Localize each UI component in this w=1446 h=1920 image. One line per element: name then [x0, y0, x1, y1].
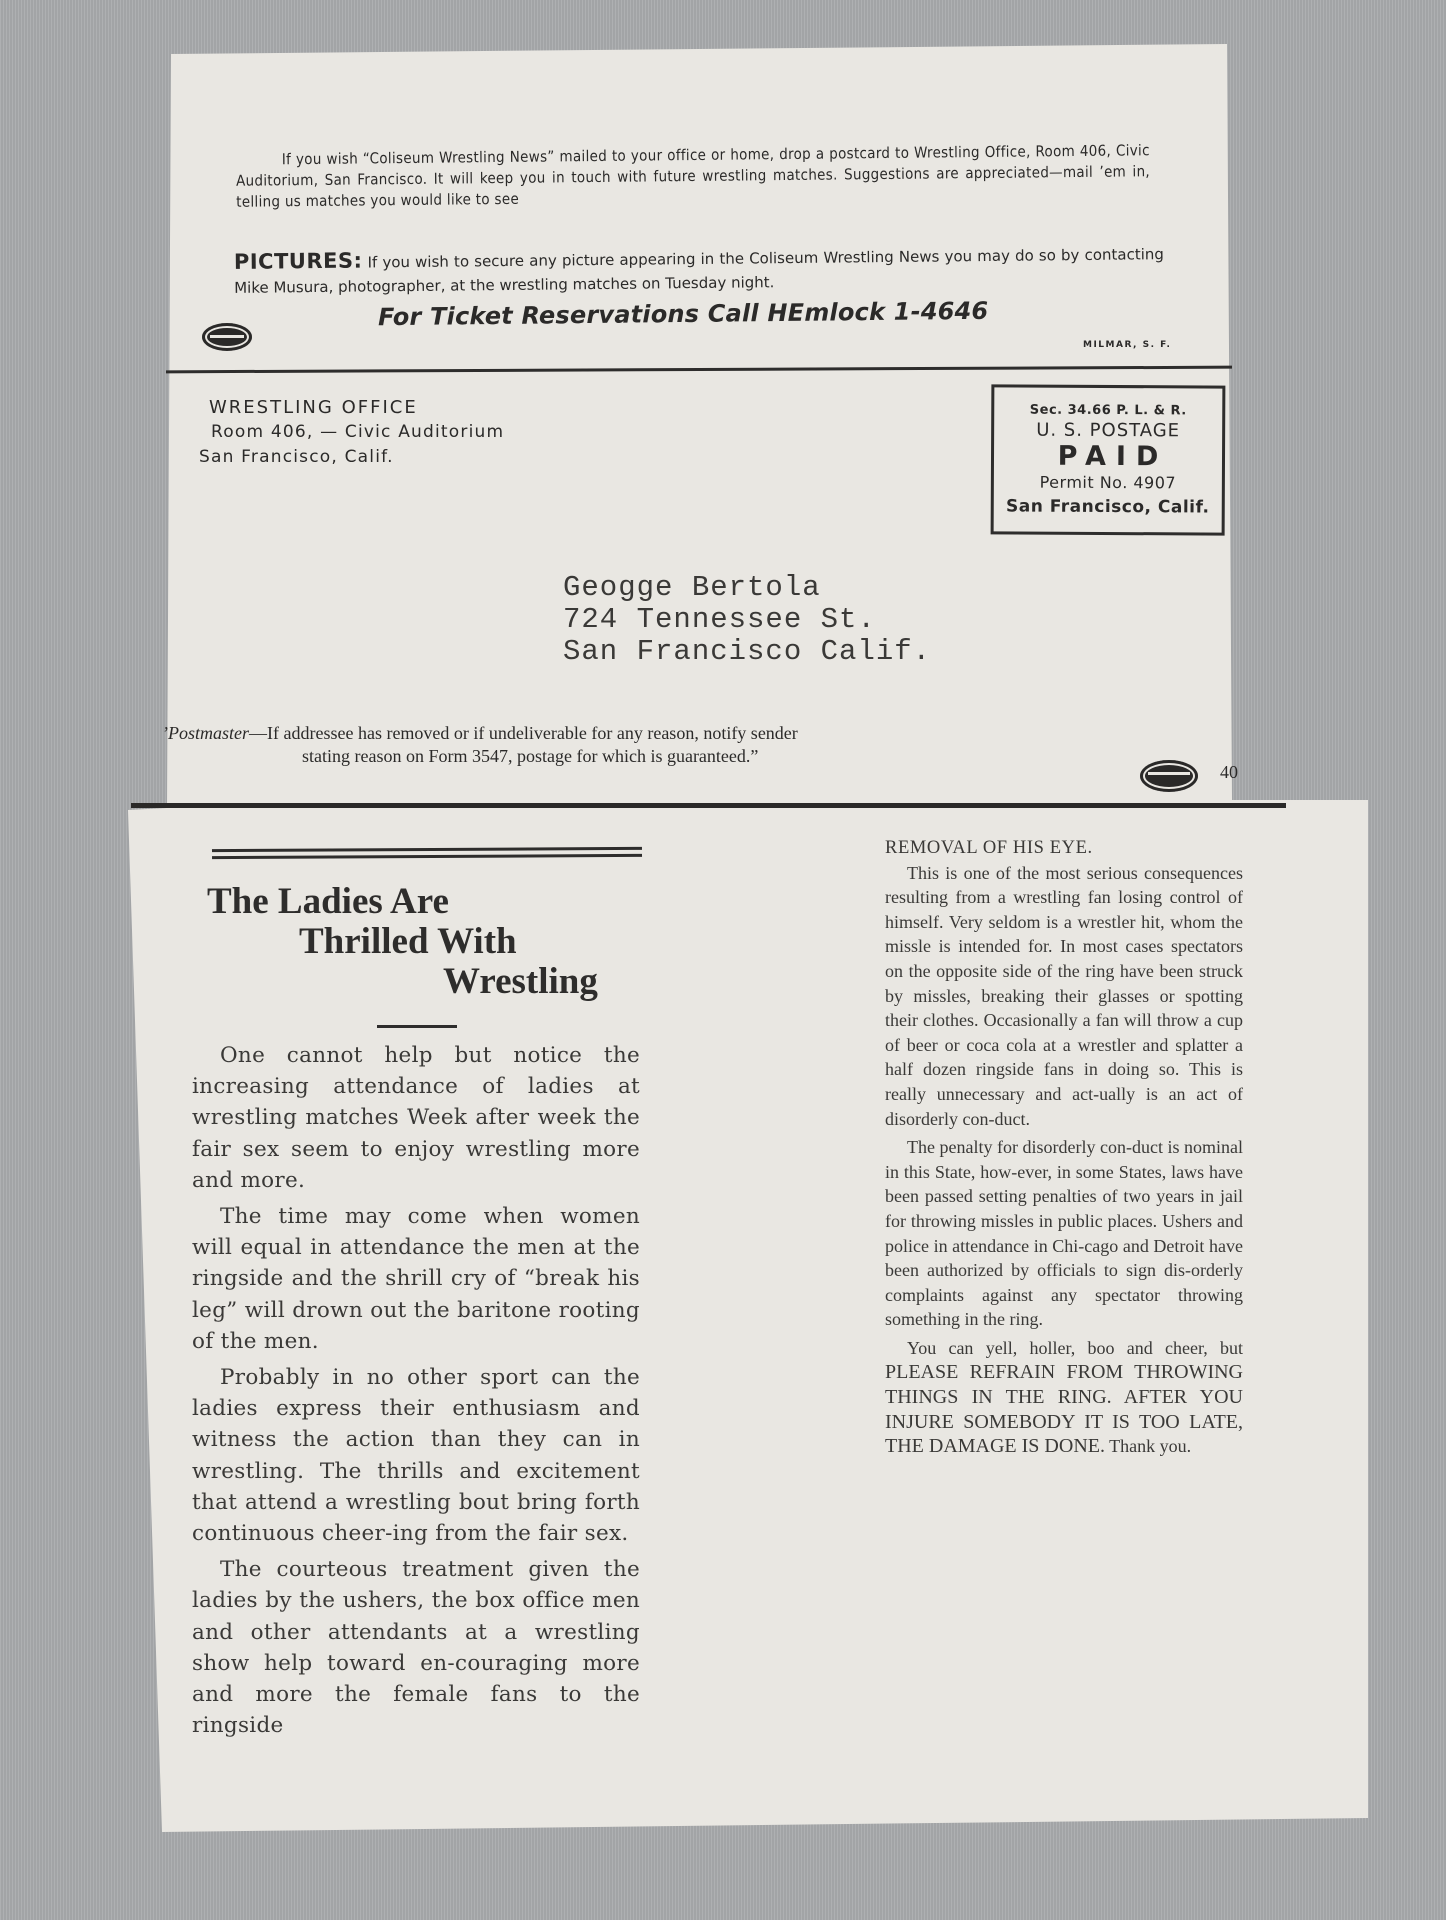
article-paragraph: Probably in no other sport can the ladie… — [192, 1362, 640, 1549]
postmaster-label: ’Postmaster — [162, 723, 249, 743]
return-address-line: Room 406, — Civic Auditorium — [209, 420, 504, 445]
article-eye-body: REMOVAL OF HIS EYE. This is one of the m… — [885, 836, 1243, 1463]
addressee-city: San Francisco Calif. — [563, 636, 931, 668]
postmaster-notice: ’Postmaster—If addressee has removed or … — [162, 722, 1082, 768]
addressee-street: 724 Tennessee St. — [563, 604, 931, 636]
pictures-text: If you wish to secure any picture appear… — [234, 245, 1164, 297]
mailing-notice-text: If you wish “Coliseum Wrestling News” ma… — [236, 140, 1151, 213]
page-number: 40 — [1220, 762, 1238, 783]
headline-line: Thrilled With — [207, 922, 598, 962]
addressee-name: Geogge Bertola — [563, 572, 931, 604]
union-label-icon — [1140, 760, 1198, 792]
closing-lead: You can yell, holler, boo and cheer, but — [907, 1338, 1243, 1358]
pictures-notice: PICTURES: If you wish to secure any pict… — [234, 240, 1164, 300]
article-paragraph: The courteous treatment given the ladies… — [192, 1554, 640, 1741]
permit-section: Sec. 34.66 P. L. & R. — [994, 401, 1222, 420]
mailing-notice: If you wish “Coliseum Wrestling News” ma… — [236, 140, 1151, 213]
article-headline: The Ladies Are Thrilled With Wrestling — [207, 882, 598, 1002]
union-label-icon — [202, 323, 252, 351]
return-address: WRESTLING OFFICE Room 406, — Civic Audit… — [209, 395, 504, 470]
permit-paid: PAID — [994, 441, 1222, 472]
return-address-line: WRESTLING OFFICE — [209, 395, 504, 420]
article-paragraph: One cannot help but notice the increasin… — [192, 1040, 640, 1196]
article-paragraph: The time may come when women will equal … — [192, 1201, 640, 1357]
postmaster-line2: stating reason on Form 3547, postage for… — [162, 745, 1082, 768]
permit-postage: U. S. POSTAGE — [994, 419, 1222, 442]
permit-number: Permit No. 4907 — [994, 471, 1222, 494]
article-subheading: REMOVAL OF HIS EYE. — [885, 836, 1243, 861]
article-ladies-body: One cannot help but notice the increasin… — [192, 1040, 640, 1746]
closing-tail: Thank you. — [1105, 1436, 1191, 1456]
article-closing: You can yell, holler, boo and cheer, but… — [885, 1336, 1243, 1459]
headline-line: The Ladies Are — [207, 882, 598, 922]
article-paragraph: This is one of the most serious conseque… — [885, 861, 1243, 1132]
postmaster-line1: —If addressee has removed or if undelive… — [249, 723, 798, 743]
article-paragraph: The penalty for disorderly con-duct is n… — [885, 1135, 1243, 1332]
printer-mark: MILMAR, S. F. — [1083, 340, 1171, 350]
fold-rule — [131, 803, 1286, 808]
pictures-label: PICTURES: — [234, 249, 363, 274]
postage-permit-box: Sec. 34.66 P. L. & R. U. S. POSTAGE PAID… — [991, 384, 1226, 535]
headline-short-rule — [377, 1025, 457, 1028]
addressee-block: Geogge Bertola 724 Tennessee St. San Fra… — [563, 572, 931, 668]
return-address-line: San Francisco, Calif. — [199, 445, 504, 470]
permit-city: San Francisco, Calif. — [994, 493, 1222, 520]
headline-line: Wrestling — [207, 962, 598, 1002]
